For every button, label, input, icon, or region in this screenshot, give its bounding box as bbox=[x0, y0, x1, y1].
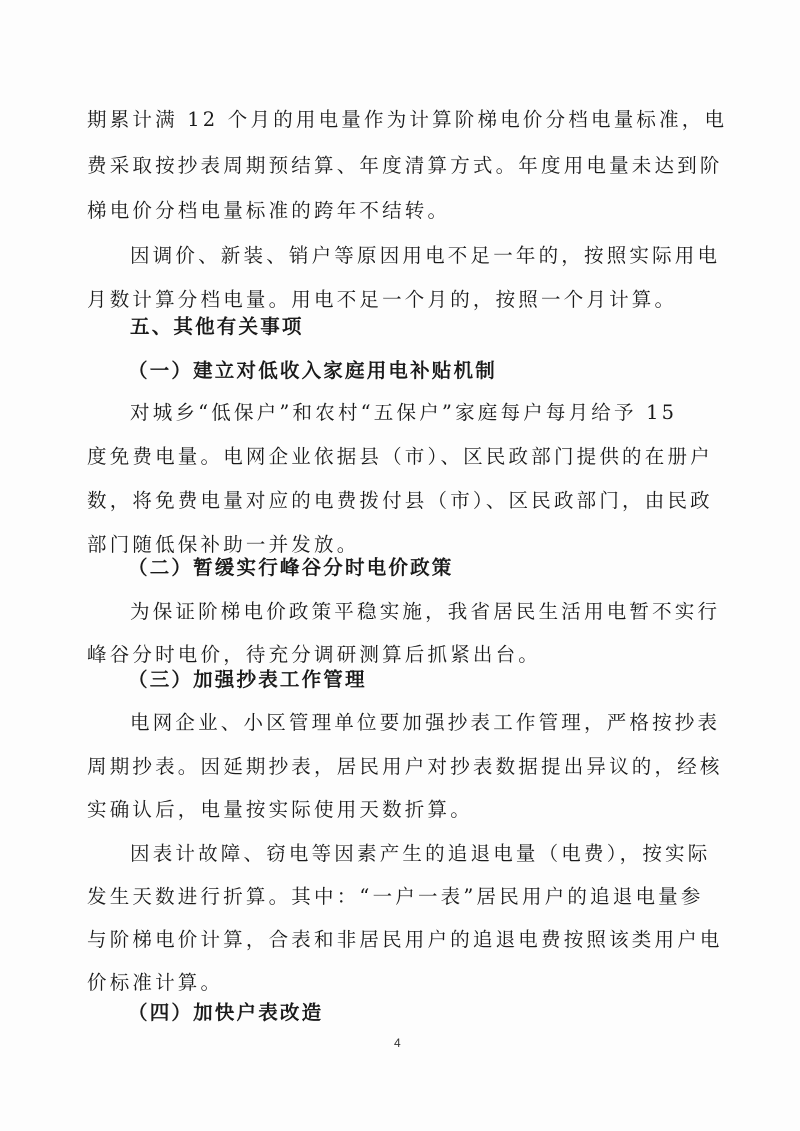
sub-heading: （四）加快户表改造 bbox=[128, 998, 768, 1028]
text-line: 期累计满 12 个月的用电量作为计算阶梯电价分档电量标准，电 bbox=[87, 105, 727, 135]
text-line: 度免费电量。电网企业依据县（市）、区民政部门提供的在册户 bbox=[87, 442, 727, 472]
text-line: 费采取按抄表周期预结算、年度清算方式。年度用电量未达到阶 bbox=[87, 151, 727, 181]
text-line: 因调价、新装、销户等原因用电不足一年的，按照实际用电 bbox=[130, 241, 770, 271]
text-line: 发生天数进行折算。其中：“一户一表”居民用户的追退电量参 bbox=[87, 882, 727, 912]
text-line: 价标准计算。 bbox=[87, 968, 727, 998]
text-line: 数，将免费电量对应的电费拨付县（市）、区民政部门，由民政 bbox=[87, 486, 727, 516]
text-line: 因表计故障、窃电等因素产生的追退电量（电费），按实际 bbox=[130, 839, 770, 869]
text-line: 梯电价分档电量标准的跨年不结转。 bbox=[87, 196, 727, 226]
text-line: 实确认后，电量按实际使用天数折算。 bbox=[87, 795, 727, 825]
document-page: 期累计满 12 个月的用电量作为计算阶梯电价分档电量标准，电 费采取按抄表周期预… bbox=[0, 0, 800, 1131]
text-line: 电网企业、小区管理单位要加强抄表工作管理，严格按抄表 bbox=[130, 708, 770, 738]
text-line: 与阶梯电价计算，合表和非居民用户的追退电费按照该类用户电 bbox=[87, 925, 727, 955]
sub-heading: （三）加强抄表工作管理 bbox=[128, 665, 768, 695]
text-line: 月数计算分档电量。用电不足一个月的，按照一个月计算。 bbox=[87, 285, 727, 315]
page-number: 4 bbox=[394, 1036, 401, 1050]
section-heading: 五、其他有关事项 bbox=[130, 312, 770, 342]
sub-heading: （二）暂缓实行峰谷分时电价政策 bbox=[128, 553, 768, 583]
sub-heading: （一）建立对低收入家庭用电补贴机制 bbox=[128, 356, 768, 386]
text-line: 为保证阶梯电价政策平稳实施，我省居民生活用电暂不实行 bbox=[130, 597, 770, 627]
text-line: 周期抄表。因延期抄表，居民用户对抄表数据提出异议的，经核 bbox=[87, 752, 727, 782]
text-line: 对城乡“低保户”和农村“五保户”家庭每户每月给予 15 bbox=[130, 398, 770, 428]
